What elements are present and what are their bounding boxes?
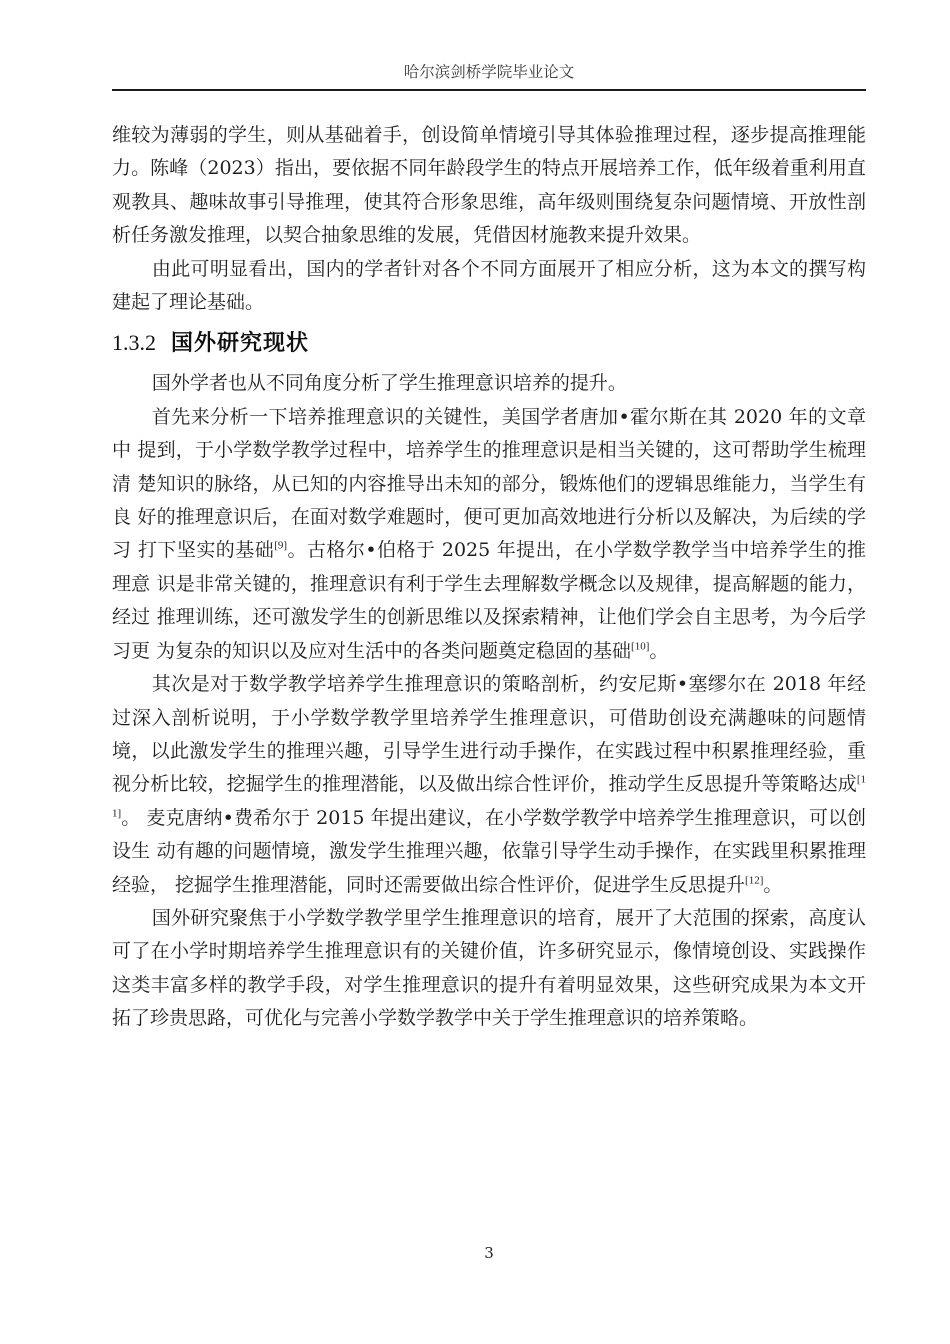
paragraph: 维较为薄弱的学生，则从基础着手，创设简单情境引导其体验推理过程，逐步提高推理能力…	[112, 119, 866, 253]
paragraph: 由此可明显看出，国内的学者针对各个不同方面展开了相应分析，这为本文的撰写构建起了…	[112, 253, 866, 320]
running-head-title: 哈尔滨剑桥学院毕业论文	[404, 63, 575, 81]
citation-ref: [9]	[274, 540, 287, 552]
page-number: 3	[484, 1244, 494, 1262]
heading-title: 国外研究现状	[171, 331, 309, 356]
section-heading: 1.3.2国外研究现状	[112, 328, 866, 359]
paragraph: 首先来分析一下培养推理意识的关键性，美国学者唐加•霍尔斯在其 2020 年的文章…	[112, 401, 866, 668]
document-body: 维较为薄弱的学生，则从基础着手，创设简单情境引导其体验推理过程，逐步提高推理能力…	[112, 119, 866, 1036]
paragraph: 国外学者也从不同角度分析了学生推理意识培养的提升。	[112, 367, 866, 400]
paragraph: 国外研究聚焦于小学数学教学里学生推理意识的培育，展开了大范围的探索，高度认可了在…	[112, 902, 866, 1036]
page-footer: 3	[112, 1244, 866, 1262]
paragraph: 其次是对于数学教学培养学生推理意识的策略剖析，约安尼斯•塞缪尔在 2018 年经…	[112, 668, 866, 902]
page-header: 哈尔滨剑桥学院毕业论文	[112, 62, 866, 91]
heading-number: 1.3.2	[112, 330, 156, 355]
thesis-page: 哈尔滨剑桥学院毕业论文 维较为薄弱的学生，则从基础着手，创设简单情境引导其体验推…	[0, 0, 950, 1344]
citation-ref: [12]	[745, 874, 763, 886]
citation-ref: [10]	[631, 640, 649, 652]
citation-ref: [11]	[112, 774, 866, 819]
